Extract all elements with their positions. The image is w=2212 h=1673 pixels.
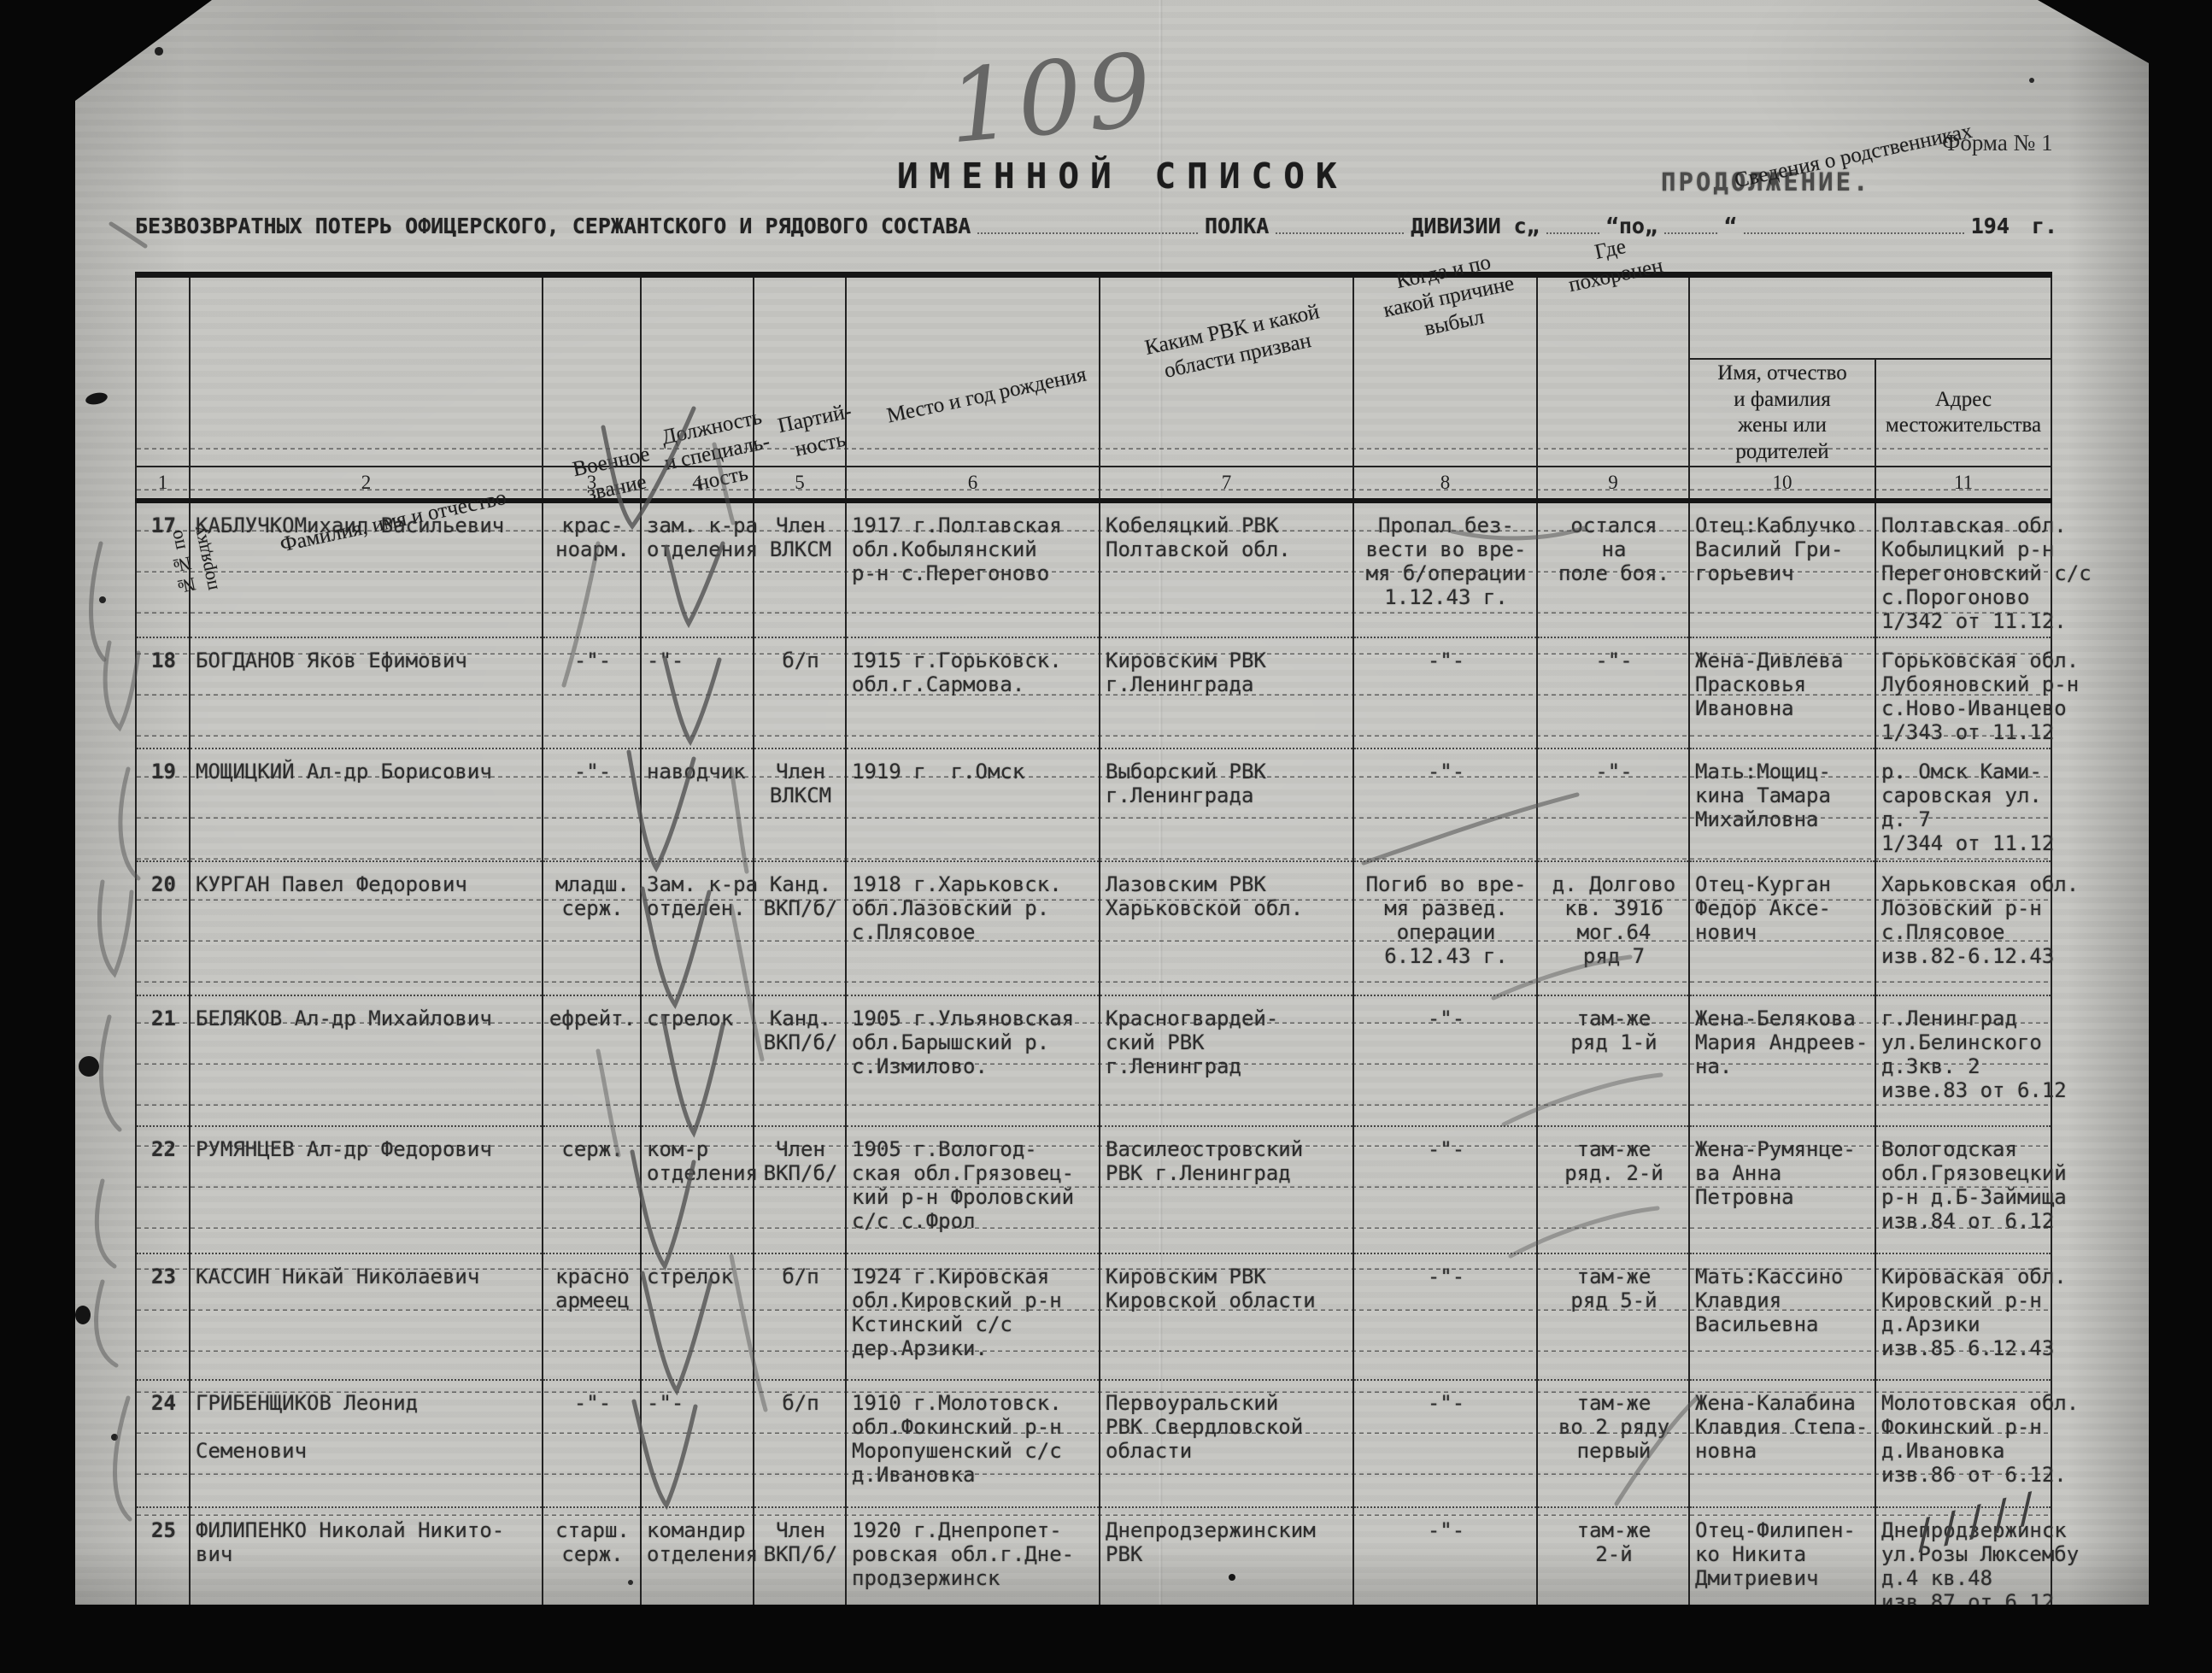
cell-name: БОГДАНОВ Яков Ефимович	[190, 637, 543, 748]
cell-address: г.Ленинград ул.Белинского д.3кв. 2 изве.…	[1875, 995, 2051, 1126]
cell-birth: 1918 г.Харьковск. обл.Лазовский р. с.Пля…	[846, 861, 1100, 995]
cell-buried: там-же ряд 5-й	[1537, 1253, 1689, 1380]
cell-rank: ефрейт.	[543, 995, 641, 1126]
punch-hole	[79, 1056, 99, 1077]
cell-address: Кироваская обл. Кировский р-н д.Арзики и…	[1875, 1253, 2051, 1380]
punch-hole	[75, 1306, 91, 1324]
cell-buried: остался на поле боя.	[1537, 501, 1689, 637]
cell-name: КАССИН Никай Николаевич	[190, 1253, 543, 1380]
cell-index: 24	[136, 1380, 190, 1507]
casualty-table: №№ по порядку Фамилия, имя и отчество Во…	[135, 272, 2052, 1633]
table-header: №№ по порядку Фамилия, имя и отчество Во…	[136, 275, 2051, 502]
cell-rvk: Красногвардей- ский РВК г.Ленинград	[1100, 995, 1353, 1126]
cell-rank: серж.	[543, 1126, 641, 1253]
table-row: 20 КУРГАН Павел Федорович младш. серж. З…	[136, 861, 2051, 995]
dotted-leader	[1744, 232, 1964, 234]
cell-address: Полтавская обл. Кобылицкий р-н Перегонов…	[1875, 501, 2051, 637]
cell-relatives: Жена-Белякова Мария Андреев- на.	[1689, 995, 1875, 1126]
col-header-rvk: Каким РВК и какой области призван	[1091, 221, 1379, 461]
cell-name: РУМЯНЦЕВ Ал-др Федорович	[190, 1126, 543, 1253]
cell-buried: -"-	[1537, 748, 1689, 861]
cell-rank: младш. серж.	[543, 861, 641, 995]
punch-hole	[85, 390, 109, 406]
cell-position: -"-	[641, 637, 754, 748]
cell-reason: -"-	[1353, 637, 1537, 748]
cell-position: стрелок	[641, 1253, 754, 1380]
table-row: 18 БОГДАНОВ Яков Ефимович -"- -"- б/п 19…	[136, 637, 2051, 748]
col-num: 9	[1537, 467, 1689, 501]
col-header-relatives-group: Сведения о родственниках	[1668, 77, 2039, 235]
cell-rvk: Кировским РВК г.Ленинграда	[1100, 637, 1353, 748]
cell-index: 19	[136, 748, 190, 861]
cell-rvk: Кобеляцкий РВК Полтавской обл.	[1100, 501, 1353, 637]
cell-party: Член ВКП/б/	[754, 1126, 846, 1253]
cell-relatives: Отец-Филипен- ко Никита Дмитриевич	[1689, 1507, 1875, 1629]
cell-rvk: Выборский РВК г.Ленинграда	[1100, 748, 1353, 861]
cell-reason: Погиб во вре- мя развед. операции 6.12.4…	[1353, 861, 1537, 995]
paper-sheet: 109 Форма № 1 ИМЕННОЙ СПИСОК ПРОДОЛЖЕНИЕ…	[75, 0, 2149, 1605]
table-row: 21 БЕЛЯКОВ Ал-др Михайлович ефрейт. стре…	[136, 995, 2051, 1126]
cell-birth: 1920 г.Днепропет- ровская обл.г.Дне- про…	[846, 1507, 1100, 1629]
table-row: 24 ГРИБЕНЩИКОВ Леонид Семенович -"- -"- …	[136, 1380, 2051, 1507]
cell-address: Вологодская обл.Грязовецкий р-н д.Б-Займ…	[1875, 1126, 2051, 1253]
cell-party: Член ВЛКСМ	[754, 748, 846, 861]
cell-position: стрелок	[641, 995, 754, 1126]
col-num: 11	[1875, 467, 2051, 501]
cell-name: БЕЛЯКОВ Ал-др Михайлович	[190, 995, 543, 1126]
cell-position: -"-	[641, 1380, 754, 1507]
cell-buried: там-же во 2 ряду первый	[1537, 1380, 1689, 1507]
cell-buried: там-же 2-й	[1537, 1507, 1689, 1629]
cell-relatives: Отец-Курган Федор Аксе- нович	[1689, 861, 1875, 995]
col-num: 10	[1689, 467, 1875, 501]
year-label: 194	[1971, 214, 2010, 238]
cell-birth: 1924 г.Кировская обл.Кировский р-н Кстин…	[846, 1253, 1100, 1380]
cell-position: Зам. к-ра отделен.	[641, 861, 754, 995]
cell-reason: -"-	[1353, 1507, 1537, 1629]
cell-rank: -"-	[543, 1380, 641, 1507]
cell-position: ком-р отделения	[641, 1126, 754, 1253]
year-suffix-label: г.	[2032, 214, 2057, 238]
cell-rvk: Кировским РВК Кировской области	[1100, 1253, 1353, 1380]
cell-index: 20	[136, 861, 190, 995]
col-header-address: Адрес местожительства	[1875, 359, 2051, 467]
cell-rvk: Днепродзержинским РВК	[1100, 1507, 1353, 1629]
cell-index: 21	[136, 995, 190, 1126]
col-num: 8	[1353, 467, 1537, 501]
cell-party: Член ВКП/б/	[754, 1507, 846, 1629]
cell-rvk: Василеостровский РВК г.Ленинград	[1100, 1126, 1353, 1253]
cell-rank: -"-	[543, 748, 641, 861]
cell-name: МОЩИЦКИЙ Ал-др Борисович	[190, 748, 543, 861]
cell-birth: 1919 г г.Омск	[846, 748, 1100, 861]
handwritten-page-number: 109	[943, 31, 1160, 167]
table-body: 17 КАБЛУЧКОМихаил Васильевич крас- ноарм…	[136, 501, 2051, 1629]
cell-birth: 1910 г.Молотовск. обл.Фокинский р-н Моро…	[846, 1380, 1100, 1507]
cell-position: командир отделения	[641, 1507, 754, 1629]
col-header-relative-name: Имя, отчество и фамилия жены или родител…	[1689, 359, 1875, 467]
cell-rank: красно армеец	[543, 1253, 641, 1380]
cell-buried: д. Долгово кв. 3916 мог.64 ряд 7	[1537, 861, 1689, 995]
cell-rvk: Лазовским РВК Харьковской обл.	[1100, 861, 1353, 995]
cell-birth: 1905 г.Вологод- ская обл.Грязовец- кий р…	[846, 1126, 1100, 1253]
cell-reason: -"-	[1353, 1380, 1537, 1507]
cell-buried: -"-	[1537, 637, 1689, 748]
cell-reason: -"-	[1353, 1126, 1537, 1253]
cell-index: 18	[136, 637, 190, 748]
dotted-leader	[977, 232, 1198, 234]
table-row: 23 КАССИН Никай Николаевич красно армеец…	[136, 1253, 2051, 1380]
form-header-line: БЕЗВОЗВРАТНЫХ ПОТЕРЬ ОФИЦЕРСКОГО, СЕРЖАН…	[135, 214, 2057, 238]
cell-buried: там-же ряд. 2-й	[1537, 1126, 1689, 1253]
paper-specks	[75, 0, 79, 3]
cell-reason: Пропал без- вести во вре- мя б/операции …	[1353, 501, 1537, 637]
cell-relatives: Отец:Каблучко Василий Гри- горьевич	[1689, 501, 1875, 637]
cell-name: ГРИБЕНЩИКОВ Леонид Семенович	[190, 1380, 543, 1507]
cell-name: ФИЛИПЕНКО Николай Никито- вич	[190, 1507, 543, 1629]
cell-index: 22	[136, 1126, 190, 1253]
table-row: 19 МОЩИЦКИЙ Ал-др Борисович -"- наводчик…	[136, 748, 2051, 861]
cell-relatives: Мать:Мощиц- кина Тамара Михайловна	[1689, 748, 1875, 861]
scanned-document: 109 Форма № 1 ИМЕННОЙ СПИСОК ПРОДОЛЖЕНИЕ…	[0, 0, 2212, 1673]
polka-label: ПОЛКА	[1205, 214, 1269, 238]
cell-relatives: Жена-Румянце- ва Анна Петровна	[1689, 1126, 1875, 1253]
table-row: 22 РУМЯНЦЕВ Ал-др Федорович серж. ком-р …	[136, 1126, 2051, 1253]
cell-index: 23	[136, 1253, 190, 1380]
cell-rank: -"-	[543, 637, 641, 748]
cell-index: 25	[136, 1507, 190, 1629]
cell-address: Горьковская обл. Лубояновский р-н с.Ново…	[1875, 637, 2051, 748]
cell-party: б/п	[754, 1253, 846, 1380]
cell-reason: -"-	[1353, 748, 1537, 861]
col-num: 7	[1100, 467, 1353, 501]
cell-relatives: Жена-Дивлева Прасковья Ивановна	[1689, 637, 1875, 748]
cell-birth: 1905 г.Ульяновская обл.Барышский р. с.Из…	[846, 995, 1100, 1126]
cell-reason: -"-	[1353, 1253, 1537, 1380]
cell-party: Канд. ВКП/б/	[754, 995, 846, 1126]
cell-birth: 1917 г.Полтавская обл.Кобылянский р-н с.…	[846, 501, 1100, 637]
cell-buried: там-же ряд 1-й	[1537, 995, 1689, 1126]
cell-party: б/п	[754, 1380, 846, 1507]
cell-name: КУРГАН Павел Федорович	[190, 861, 543, 995]
cell-birth: 1915 г.Горьковск. обл.г.Сармова.	[846, 637, 1100, 748]
table-row: 25 ФИЛИПЕНКО Николай Никито- вич старш. …	[136, 1507, 2051, 1629]
cell-rvk: Первоуральский РВК Свердловской области	[1100, 1380, 1353, 1507]
cell-relatives: Жена-Калабина Клавдия Степа- новна	[1689, 1380, 1875, 1507]
cell-party: б/п	[754, 637, 846, 748]
cell-address: р. Омск Ками- саровская ул. д. 7 1/344 о…	[1875, 748, 2051, 861]
cell-address: Харьковская обл. Лозовский р-н с.Плясово…	[1875, 861, 2051, 995]
cell-position: наводчик	[641, 748, 754, 861]
cell-party: Канд. ВКП/б/	[754, 861, 846, 995]
cell-reason: -"-	[1353, 995, 1537, 1126]
losses-label: БЕЗВОЗВРАТНЫХ ПОТЕРЬ ОФИЦЕРСКОГО, СЕРЖАН…	[135, 214, 971, 238]
cell-relatives: Мать:Кассино Клавдия Васильевна	[1689, 1253, 1875, 1380]
cell-rank: старш. серж.	[543, 1507, 641, 1629]
